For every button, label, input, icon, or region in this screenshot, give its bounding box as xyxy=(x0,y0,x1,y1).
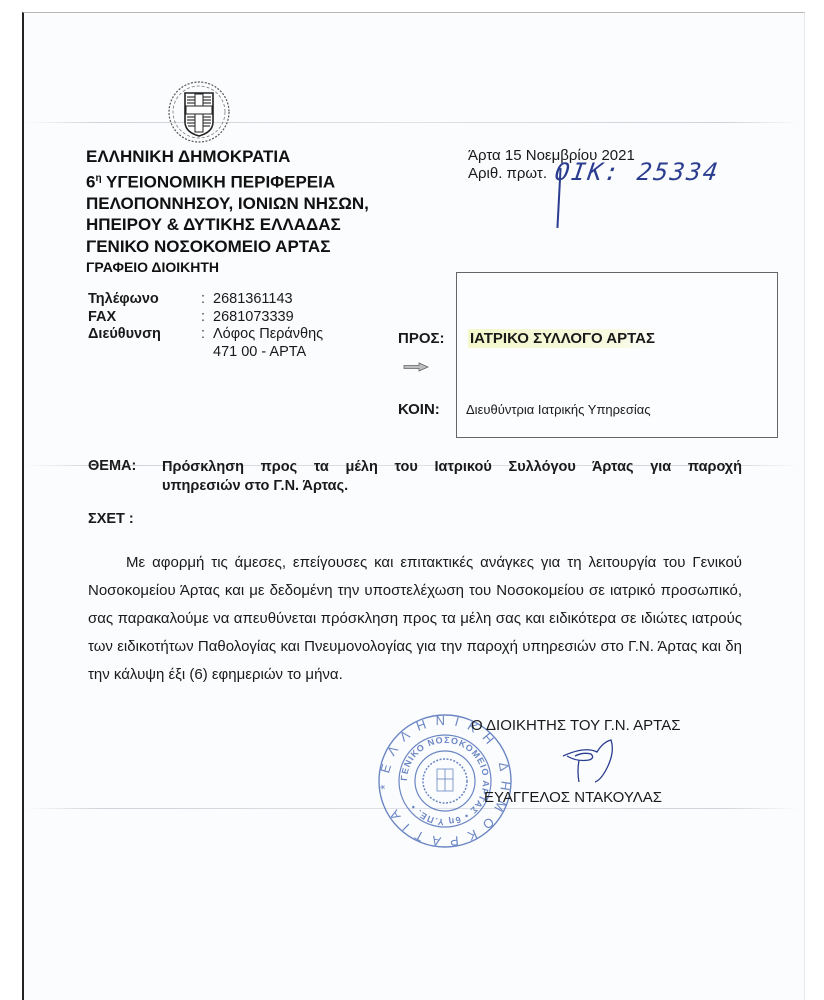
colon: : xyxy=(193,291,213,309)
contact-label: Διεύθυνση xyxy=(88,326,193,344)
letterhead: ΕΛΛΗΝΙΚΗ ΔΗΜΟΚΡΑΤΙΑ 6η ΥΓΕΙΟΝΟΜΙΚΗ ΠΕΡΙΦ… xyxy=(86,146,369,279)
protocol-number-handwritten: ΟΙΚ: 25334 xyxy=(553,158,721,186)
contact-label: Τηλέφωνο xyxy=(88,291,193,309)
body-paragraph: Με αφορμή τις άμεσες, επείγουσες και επι… xyxy=(88,549,742,689)
letterhead-office: ΓΡΑΦΕΙΟ ΔΙΟΙΚΗΤΗ xyxy=(86,257,369,279)
body-text: Με αφορμή τις άμεσες, επείγουσες και επι… xyxy=(88,554,742,683)
subject-line-2: υπηρεσιών στο Γ.Ν. Άρτας. xyxy=(162,478,348,494)
signatory-title: Ο ΔΙΟΙΚΗΤΗΣ ΤΟΥ Γ.Ν. ΑΡΤΑΣ xyxy=(471,717,680,734)
subject-line-1: Πρόσκληση προς τα μέλη του Ιατρικού Συλλ… xyxy=(162,458,742,477)
contact-label: FAX xyxy=(88,309,193,327)
colon: : xyxy=(193,309,213,327)
cc-recipient: Διευθύντρια Ιατρικής Υπηρεσίας xyxy=(466,402,651,417)
contact-label xyxy=(88,344,193,362)
letterhead-text: ΥΓΕΙΟΝΟΜΙΚΗ ΠΕΡΙΦΕΡΕΙΑ xyxy=(102,172,336,191)
colon: : xyxy=(193,326,213,344)
contact-value: 2681073339 xyxy=(213,309,323,327)
contact-value: 2681361143 xyxy=(213,291,323,309)
to-recipient: ΙΑΤΡΙΚΟ ΣΥΛΛΟΓΟ ΑΡΤΑΣ xyxy=(468,329,657,348)
colon xyxy=(193,344,213,362)
contact-row-phone: Τηλέφωνο : 2681361143 xyxy=(88,291,323,309)
reference-label: ΣΧΕΤ : xyxy=(88,511,134,527)
letterhead-line: ΠΕΛΟΠΟΝΝΗΣΟΥ, ΙΟΝΙΩΝ ΝΗΣΩΝ, xyxy=(86,193,369,215)
contact-row-address: Διεύθυνση : Λόφος Περάνθης xyxy=(88,326,323,344)
letterhead-line: ΓΕΝΙΚΟ ΝΟΣΟΚΟΜΕΙΟ ΑΡΤΑΣ xyxy=(86,236,369,258)
to-label: ΠΡΟΣ: xyxy=(398,330,445,347)
letterhead-line: ΕΛΛΗΝΙΚΗ ΔΗΜΟΚΡΑΤΙΑ xyxy=(86,146,369,168)
contact-row-address-2: 471 00 - ΑΡΤΑ xyxy=(88,344,323,362)
handwritten-signature-icon xyxy=(555,738,645,788)
subject-label: ΘΕΜΑ: xyxy=(88,458,136,474)
contact-value: Λόφος Περάνθης xyxy=(213,326,323,344)
arrow-right-icon xyxy=(403,362,429,372)
greek-emblem-icon xyxy=(164,78,234,148)
subject-text: Πρόσκληση προς τα μέλη του Ιατρικού Συλλ… xyxy=(162,458,742,496)
contact-value: 471 00 - ΑΡΤΑ xyxy=(213,344,323,362)
letterhead-line: 6η ΥΓΕΙΟΝΟΜΙΚΗ ΠΕΡΙΦΕΡΕΙΑ xyxy=(86,168,369,193)
contact-info: Τηλέφωνο : 2681361143 FAX : 2681073339 Δ… xyxy=(88,291,323,361)
fold-line xyxy=(24,122,800,123)
contact-row-fax: FAX : 2681073339 xyxy=(88,309,323,327)
cc-label: ΚΟΙΝ: xyxy=(398,401,440,418)
signatory-name: ΕΥΑΓΓΕΛΟΣ ΝΤΑΚΟΥΛΑΣ xyxy=(484,789,662,806)
letterhead-line: ΗΠΕΙΡΟΥ & ΔΥΤΙΚΗΣ ΕΛΛΑΔΑΣ xyxy=(86,214,369,236)
